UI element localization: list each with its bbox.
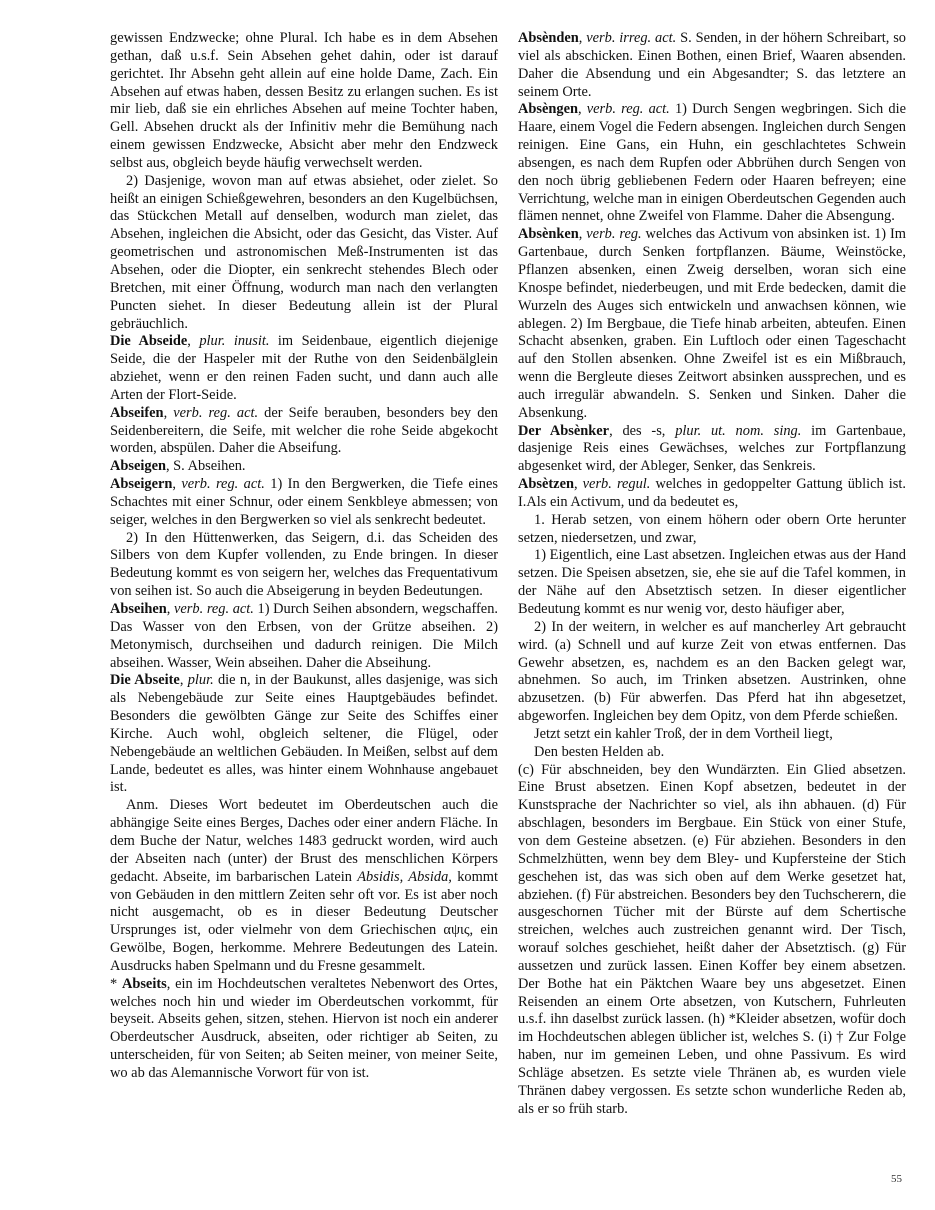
entry-der-absenker: Der Absènker, des -s, plur. ut. nom. sin… (518, 423, 906, 477)
paragraph-absetzen-1-2: 2) In der weitern, in welcher es auf man… (518, 619, 906, 726)
grammar-note: verb. reg. act. (173, 405, 258, 421)
grammar-note: verb. irreg. act. (586, 30, 676, 46)
grammar-note: plur. ut. nom. sing. (675, 423, 801, 439)
left-column: gewissen Endzwecke; ohne Plural. Ich hab… (110, 30, 498, 1083)
obsolete-marker: * (110, 976, 122, 992)
definition: 1) Durch Sengen wegbringen. Sich die Haa… (518, 101, 906, 224)
entry-absenken: Absènken, verb. reg. welches das Activum… (518, 226, 906, 422)
definition: 1) Durch Seihen absondern, wegschaffen. … (110, 601, 498, 671)
genitive: , des -s, (609, 423, 675, 439)
entry-abseihen: Abseihen, verb. reg. act. 1) Durch Seihe… (110, 601, 498, 672)
grammar-note: plur. (188, 672, 214, 688)
paragraph-absetzen-1: 1. Herab setzen, von einem höhern oder o… (518, 512, 906, 548)
paragraph-anmerkung: Anm. Dieses Wort bedeutet im Oberdeutsch… (110, 797, 498, 975)
headword: Abseifen (110, 405, 164, 421)
headword: Die Abseide (110, 333, 187, 349)
grammar-note: verb. reg. act. (181, 476, 264, 492)
verse-line: Jetzt setzt ein kahler Troß, der in dem … (518, 726, 906, 744)
headword: Abseigern (110, 476, 172, 492)
definition: S. Abseihen. (170, 458, 246, 474)
entry-abseigen: Abseigen, S. Abseihen. (110, 458, 498, 476)
definition: der Seife berauben, besonders bey den Se… (110, 405, 498, 457)
entry-abseits: * Abseits, ein im Hochdeutschen veraltet… (110, 976, 498, 1083)
definition: welches in gedoppelter Gattung üblich is… (518, 476, 906, 510)
grammar-note: verb. reg. act. (587, 101, 670, 117)
headword: Die Abseite (110, 672, 180, 688)
entry-abseigern: Abseigern, verb. reg. act. 1) In den Ber… (110, 476, 498, 530)
grammar-note: verb. regul. (583, 476, 651, 492)
right-column: Absènden, verb. irreg. act. S. Senden, i… (518, 30, 906, 1118)
headword: Der Absènker (518, 423, 609, 439)
grammar-note: plur. inusit. (199, 333, 269, 349)
headword: Absèngen (518, 101, 578, 117)
entry-absenden: Absènden, verb. irreg. act. S. Senden, i… (518, 30, 906, 101)
grammar-note: verb. reg. act. (174, 601, 254, 617)
headword: Abseihen (110, 601, 167, 617)
headword: Abseigen (110, 458, 166, 474)
definition: die n, in der Baukunst, alles dasjenige,… (110, 672, 498, 795)
headword: Abseits (122, 976, 167, 992)
headword: Absènden (518, 30, 579, 46)
definition: welches das Activum von absinken ist. 1)… (518, 226, 906, 420)
headword: Absètzen (518, 476, 574, 492)
paragraph-abseigern-sense-2: 2) In den Hüttenwerken, das Seigern, d.i… (110, 530, 498, 601)
entry-absengen: Absèngen, verb. reg. act. 1) Durch Senge… (518, 101, 906, 226)
verse-line: Den besten Helden ab. (518, 744, 906, 762)
headword: Absènken (518, 226, 579, 242)
definition: ein im Hochdeutschen veraltetes Nebenwor… (110, 976, 498, 1081)
paragraph-absetzen-continuation: (c) Für abschneiden, bey den Wundärzten.… (518, 762, 906, 1119)
entry-die-abseide: Die Abseide, plur. inusit. im Seidenbaue… (110, 333, 498, 404)
entry-abseifen: Abseifen, verb. reg. act. der Seife bera… (110, 405, 498, 459)
paragraph-sense-2: 2) Dasjenige, wovon man auf etwas absieh… (110, 173, 498, 334)
latin-term: Absidis, Absida, (357, 869, 452, 885)
grammar-note: verb. reg. (586, 226, 641, 242)
entry-die-abseite: Die Abseite, plur. die n, in der Baukuns… (110, 672, 498, 797)
paragraph-continuation: gewissen Endzwecke; ohne Plural. Ich hab… (110, 30, 498, 173)
entry-absetzen: Absètzen, verb. regul. welches in gedopp… (518, 476, 906, 512)
paragraph-absetzen-1-1: 1) Eigentlich, eine Last absetzen. Ingle… (518, 547, 906, 618)
page-number: 55 (891, 1173, 902, 1185)
